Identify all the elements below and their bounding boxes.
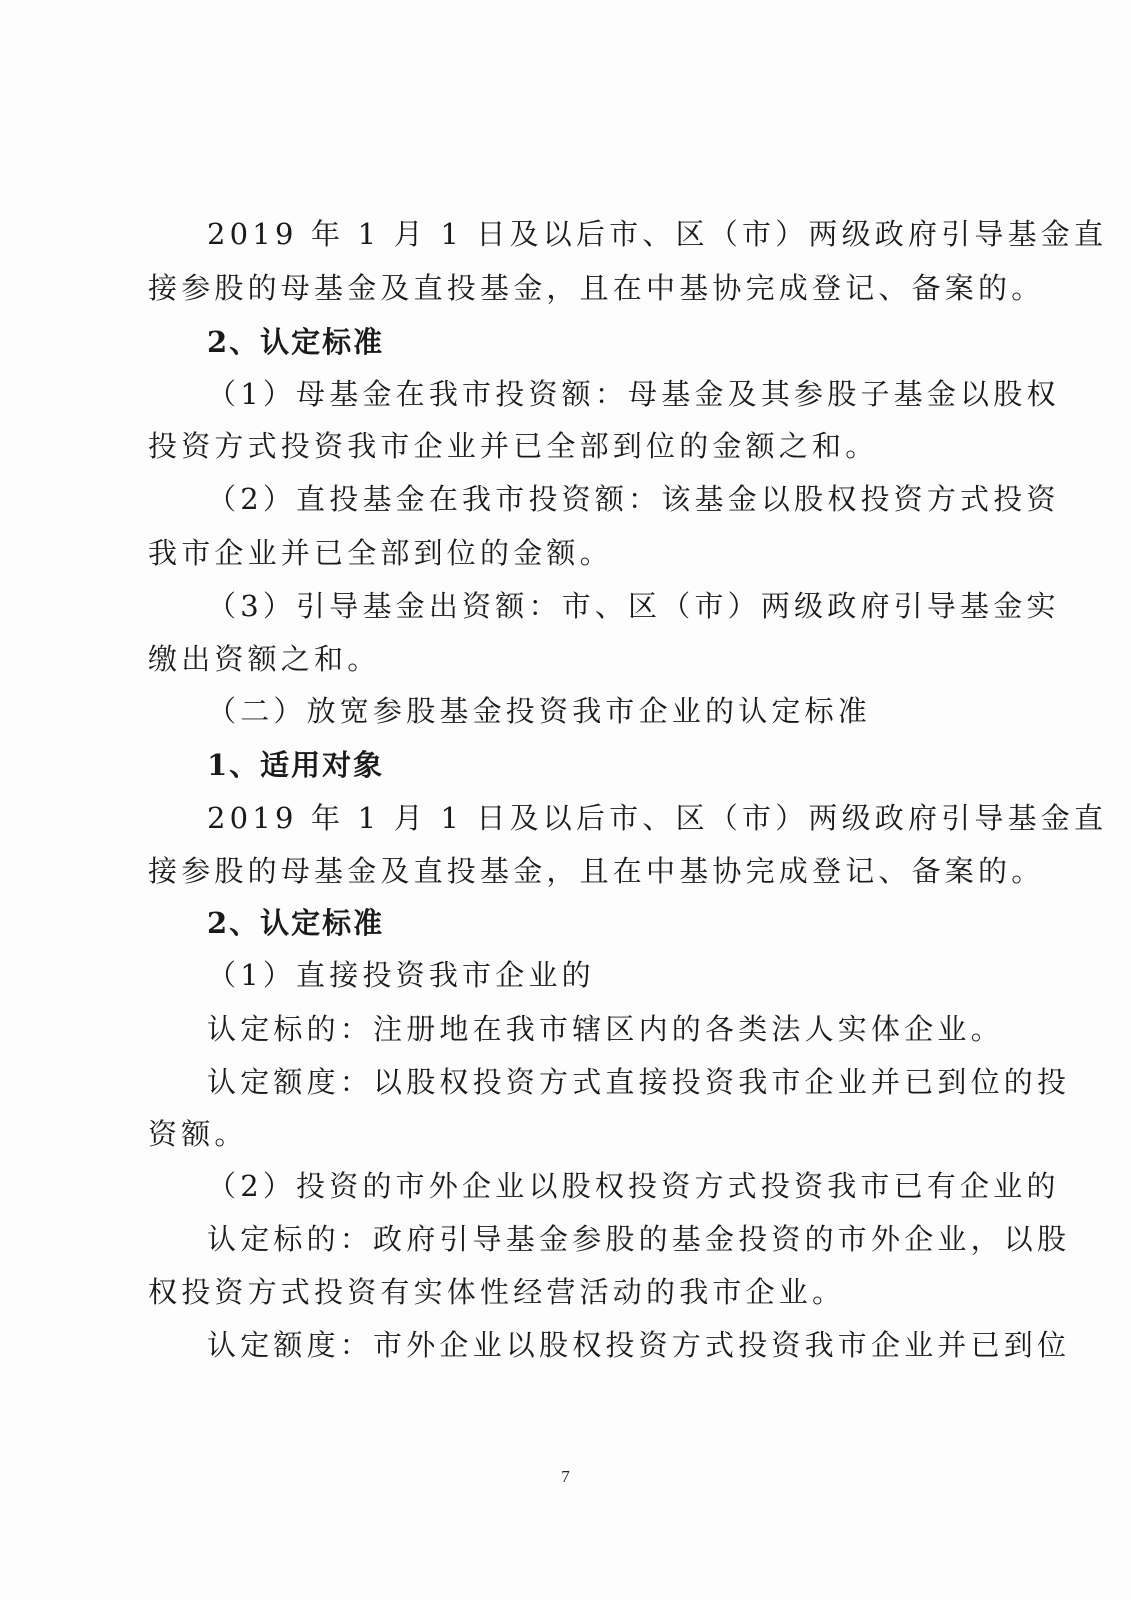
paragraph-line: （2）直投基金在我市投资额：该基金以股权投资方式投资 — [207, 481, 1060, 517]
paragraph-line: （1）母基金在我市投资额：母基金及其参股子基金以股权 — [207, 376, 1060, 412]
page-number: 7 — [0, 1467, 1131, 1487]
paragraph-line: （1）直接投资我市企业的 — [207, 957, 595, 993]
paragraph-line: （2）投资的市外企业以股权投资方式投资我市已有企业的 — [207, 1168, 1060, 1204]
section-heading: 2、认定标准 — [207, 324, 384, 360]
paragraph-line: 投资方式投资我市企业并已全部到位的金额之和。 — [148, 428, 878, 464]
paragraph-line: 资额。 — [148, 1116, 248, 1152]
paragraph-line: 认定标的：政府引导基金参股的基金投资的市外企业，以股 — [207, 1221, 1070, 1257]
paragraph-line: 认定额度：市外企业以股权投资方式投资我市企业并已到位 — [207, 1327, 1070, 1363]
paragraph-line: 2019 年 1 月 1 日及以后市、区（市）两级政府引导基金直 — [207, 800, 1107, 836]
section-heading: 1、适用对象 — [207, 747, 384, 783]
paragraph-line: 接参股的母基金及直投基金，且在中基协完成登记、备案的。 — [148, 270, 1044, 306]
paragraph-line: 缴出资额之和。 — [148, 641, 380, 677]
paragraph-line: （3）引导基金出资额：市、区（市）两级政府引导基金实 — [207, 588, 1060, 624]
paragraph-line: （二）放宽参股基金投资我市企业的认定标准 — [207, 693, 871, 729]
paragraph-line: 接参股的母基金及直投基金，且在中基协完成登记、备案的。 — [148, 853, 1044, 889]
paragraph-line: 我市企业并已全部到位的金额。 — [148, 535, 613, 571]
paragraph-line: 认定标的：注册地在我市辖区内的各类法人实体企业。 — [207, 1011, 1004, 1047]
section-heading: 2、认定标准 — [207, 905, 384, 941]
paragraph-line: 2019 年 1 月 1 日及以后市、区（市）两级政府引导基金直 — [207, 216, 1107, 252]
paragraph-line: 认定额度：以股权投资方式直接投资我市企业并已到位的投 — [207, 1064, 1070, 1100]
document-page: 2019 年 1 月 1 日及以后市、区（市）两级政府引导基金直接参股的母基金及… — [0, 0, 1131, 1600]
paragraph-line: 权投资方式投资有实体性经营活动的我市企业。 — [148, 1274, 845, 1310]
